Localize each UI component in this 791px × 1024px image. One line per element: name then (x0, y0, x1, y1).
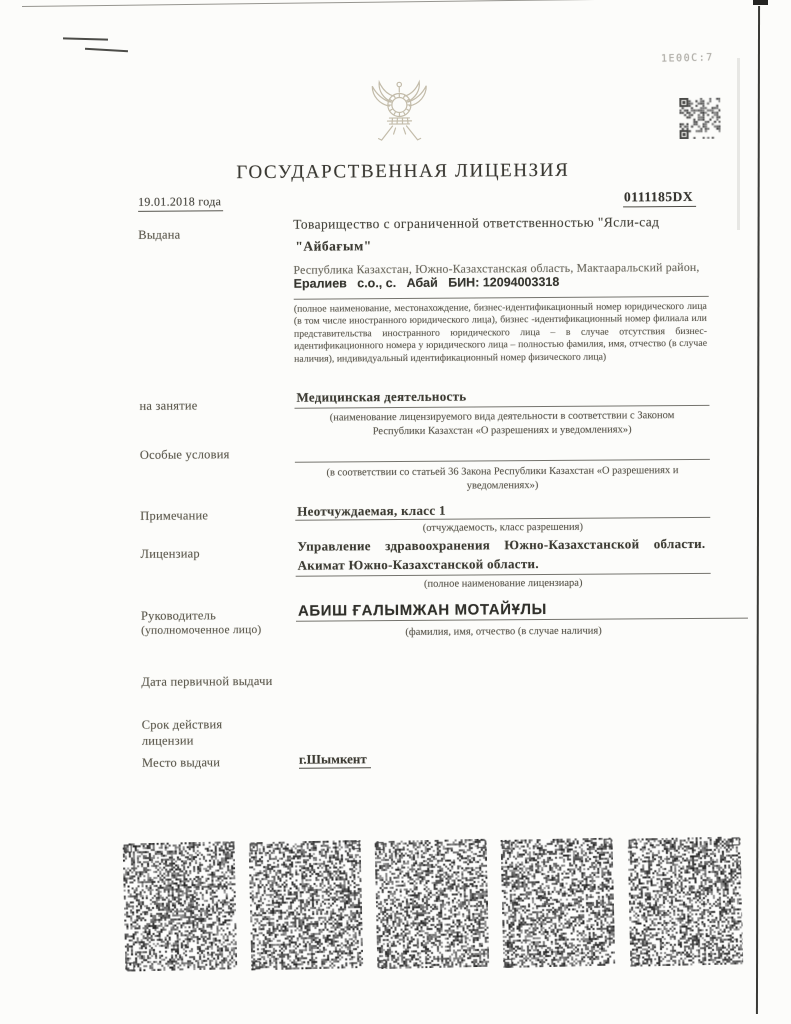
barcode-block-4 (501, 838, 616, 968)
note-value: Неотчуждаемая, класс 1 (297, 503, 446, 520)
issue-date: 19.01.2018 года (138, 194, 223, 212)
field-label-validity-line1: Срок действия (142, 717, 223, 733)
field-label-first-issue-date: Дата первичной выдачи (141, 674, 272, 690)
field-label-licensor: Лицензиар (140, 546, 199, 561)
field-underline (294, 296, 709, 300)
field-underline (294, 405, 709, 409)
faint-stamp-code: 1E00C:7 (661, 52, 714, 64)
field-label-issued-to: Выдана (138, 228, 180, 243)
document-title: ГОСУДАРСТВЕННАЯ ЛИЦЕНЗИЯ (123, 159, 683, 185)
licensor-caption: (полное наименование лицензиара) (296, 576, 711, 593)
field-label-validity-line2: лицензии (142, 733, 194, 748)
licensor-value-line2: Акимат Южно-Казахстанской области. (298, 556, 539, 574)
company-address-line2: Ералиев с.о., с. Абай БИН: 12094003318 (294, 275, 560, 291)
scanned-license-page: 1E00C:7 ГОСУДАРСТВЕННАЯ ЛИЦЕНЗИЯ 19.01.2… (0, 0, 791, 1024)
license-number: 0111185DX (623, 189, 696, 208)
barcode-block-1 (123, 841, 238, 971)
special-conditions-caption-line2: уведомлениях») (295, 478, 710, 495)
activity-value: Медицинская деятельность (296, 389, 466, 406)
field-label-head-line1: Руководитель (141, 608, 216, 624)
note-caption: (отчуждаемость, класс разрешения) (295, 520, 710, 537)
issue-place-value: г.Шымкент (299, 751, 371, 769)
company-name-line1: Товарищество с ограниченной ответственно… (293, 214, 659, 233)
kazakhstan-emblem-icon (365, 74, 434, 157)
barcode-strip (0, 837, 791, 975)
barcode-block-3 (375, 839, 490, 969)
field-label-special-conditions: Особые условия (140, 447, 230, 463)
head-caption: (фамилия, имя, отчество (в случае наличи… (296, 624, 711, 641)
field-label-activity: на занятие (139, 398, 197, 413)
barcode-block-2 (249, 840, 364, 970)
field-label-head-line2: (уполномоченное лицо) (141, 624, 261, 637)
licensor-value-line1: Управление здравоохранения Южно-Казахста… (297, 536, 705, 555)
activity-caption-line2: Республики Казахстан «О разрешениях и ув… (295, 423, 710, 440)
head-name-value: АБИШ ҒАЛЫМЖАН МОТАЙҰЛЫ (298, 601, 547, 620)
barcode-block-5 (628, 836, 744, 966)
field-label-note: Примечание (140, 508, 208, 523)
legal-note: (полное наименование, местонахождение, б… (294, 301, 707, 366)
field-underline (295, 459, 710, 463)
company-name-line2: "Айбағым" (295, 238, 372, 255)
field-label-issue-place: Место выдачи (142, 755, 220, 771)
qr-code (679, 98, 720, 139)
